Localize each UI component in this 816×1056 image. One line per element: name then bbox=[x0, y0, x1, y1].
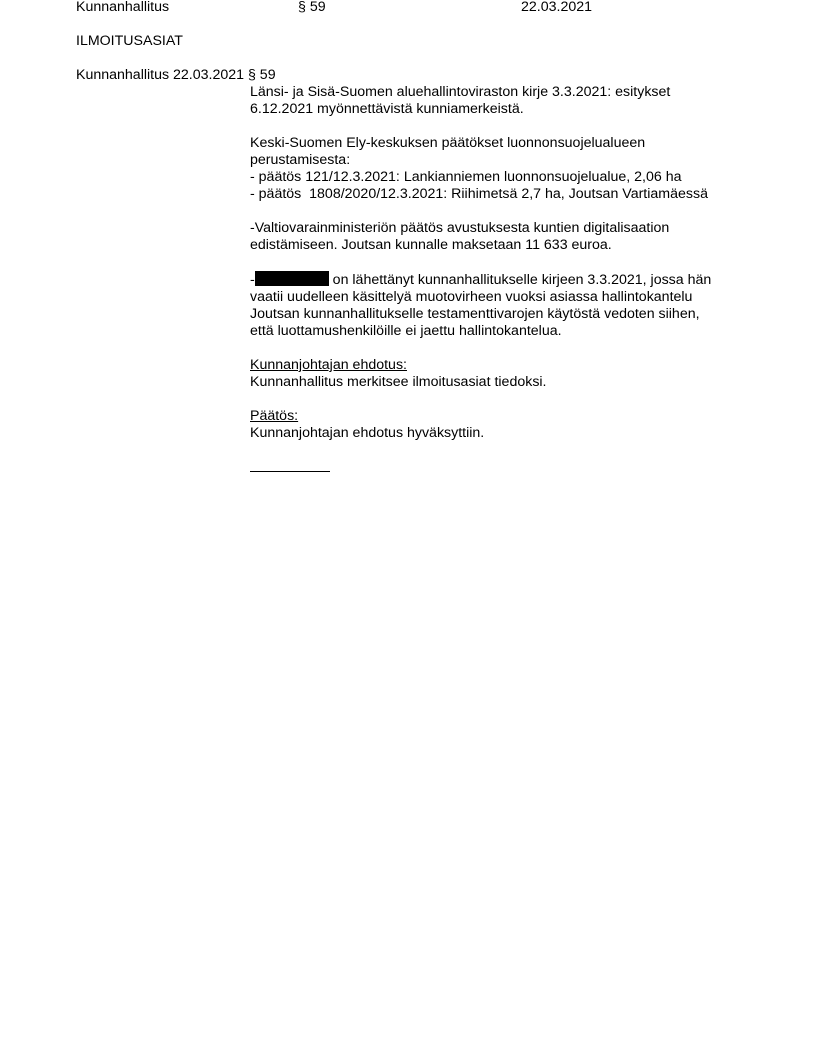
horizontal-rule bbox=[250, 459, 330, 472]
text-line: perustamisesta: bbox=[250, 152, 770, 169]
header-section: § 59 bbox=[298, 0, 326, 16]
list-item: - päätös 1808/2020/12.3.2021: Riihimetsä… bbox=[250, 186, 770, 203]
paragraph-ely-decisions: Keski-Suomen Ely-keskuksen päätökset luo… bbox=[250, 135, 770, 203]
text-line: edistämiseen. Joutsan kunnalle maksetaan… bbox=[250, 237, 770, 254]
header-date: 22.03.2021 bbox=[521, 0, 592, 16]
paragraph-complaint-letter: - on lähettänyt kunnanhallitukselle kirj… bbox=[250, 271, 770, 340]
text-line: Keski-Suomen Ely-keskuksen päätökset luo… bbox=[250, 135, 770, 152]
text-line: - on lähettänyt kunnanhallitukselle kirj… bbox=[250, 271, 770, 289]
decision-text: Kunnanjohtajan ehdotus hyväksyttiin. bbox=[250, 425, 770, 442]
redacted-name bbox=[255, 271, 329, 286]
document-title: ILMOITUSASIAT bbox=[76, 33, 183, 50]
text-line: 6.12.2021 myönnettävistä kunniamerkeistä… bbox=[250, 101, 770, 118]
meeting-reference: Kunnanhallitus 22.03.2021 § 59 bbox=[76, 67, 276, 84]
proposal-heading: Kunnanjohtajan ehdotus: bbox=[250, 357, 770, 374]
decision-section: Päätös: Kunnanjohtajan ehdotus hyväksytt… bbox=[250, 408, 770, 442]
text-line: Länsi- ja Sisä-Suomen aluehallintovirast… bbox=[250, 84, 770, 101]
proposal-text: Kunnanhallitus merkitsee ilmoitusasiat t… bbox=[250, 374, 770, 391]
proposal-section: Kunnanjohtajan ehdotus: Kunnanhallitus m… bbox=[250, 357, 770, 391]
text-line: että luottamushenkilöille ei jaettu hall… bbox=[250, 323, 770, 340]
header-organ: Kunnanhallitus bbox=[76, 0, 169, 16]
decision-heading: Päätös: bbox=[250, 408, 770, 425]
paragraph-avi-letter: Länsi- ja Sisä-Suomen aluehallintovirast… bbox=[250, 84, 770, 118]
document-body: Länsi- ja Sisä-Suomen aluehallintovirast… bbox=[250, 84, 770, 494]
end-rule bbox=[250, 459, 770, 477]
text-fragment: on lähettänyt kunnanhallitukselle kirjee… bbox=[329, 272, 712, 288]
text-line: vaatii uudelleen käsittelyä muotovirheen… bbox=[250, 289, 770, 306]
text-line: -Valtiovarainministeriön päätös avustuks… bbox=[250, 220, 770, 237]
text-line: Joutsan kunnanhallitukselle testamenttiv… bbox=[250, 306, 770, 323]
paragraph-vm-decision: -Valtiovarainministeriön päätös avustuks… bbox=[250, 220, 770, 254]
list-item: - päätös 121/12.3.2021: Lankianniemen lu… bbox=[250, 169, 770, 186]
